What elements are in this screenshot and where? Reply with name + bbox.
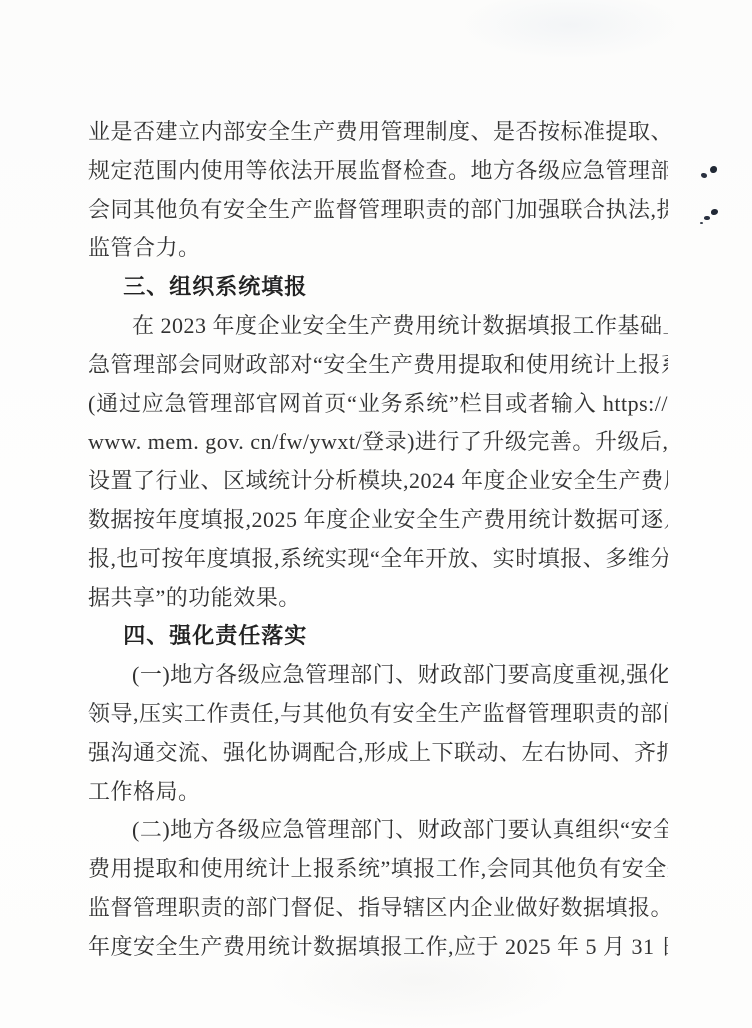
- text-line: 年度安全生产费用统计数据填报工作,应于 2025 年 5 月 31 日前: [88, 928, 668, 967]
- document-text-block: 业是否建立内部安全生产费用管理制度、是否按标准提取、是否在 规定范围内使用等依法…: [88, 113, 668, 967]
- text-line: 数据按年度填报,2025 年度企业安全生产费用统计数据可逐月填: [88, 501, 668, 540]
- text-line: 监督管理职责的部门督促、指导辖区内企业做好数据填报。2024: [88, 889, 668, 928]
- text-line: 会同其他负有安全生产监督管理职责的部门加强联合执法,提升: [88, 191, 668, 230]
- text-line: 在 2023 年度企业安全生产费用统计数据填报工作基础上,应: [88, 307, 668, 346]
- text-line: 报,也可按年度填报,系统实现“全年开放、实时填报、多维分析、数: [88, 540, 668, 579]
- text-line: 据共享”的功能效果。: [88, 579, 668, 618]
- text-line: 业是否建立内部安全生产费用管理制度、是否按标准提取、是否在: [88, 113, 668, 152]
- text-line: 急管理部会同财政部对“安全生产费用提取和使用统计上报系统”: [88, 346, 668, 385]
- ink-speck: [700, 222, 703, 224]
- ink-speck: [701, 173, 707, 178]
- text-line: 领导,压实工作责任,与其他负有安全生产监督管理职责的部门加: [88, 695, 668, 734]
- text-line: 强沟通交流、强化协调配合,形成上下联动、左右协同、齐抓共管的: [88, 734, 668, 773]
- text-line: www. mem. gov. cn/fw/ywxt/登录)进行了升级完善。升级后…: [88, 423, 668, 462]
- text-line: 监管合力。: [88, 229, 668, 268]
- text-line: 规定范围内使用等依法开展监督检查。地方各级应急管理部门应: [88, 152, 668, 191]
- text-line: 设置了行业、区域统计分析模块,2024 年度企业安全生产费用统计: [88, 462, 668, 501]
- ink-speck: [704, 216, 710, 220]
- ink-speck: [710, 166, 717, 173]
- text-line: (通过应急管理部官网首页“业务系统”栏目或者输入 https://: [88, 385, 668, 424]
- document-page: 业是否建立内部安全生产费用管理制度、是否按标准提取、是否在 规定范围内使用等依法…: [0, 0, 752, 1028]
- section-heading-3: 三、组织系统填报: [88, 268, 668, 307]
- section-heading-4: 四、强化责任落实: [88, 617, 668, 656]
- text-line: 费用提取和使用统计上报系统”填报工作,会同其他负有安全生产: [88, 850, 668, 889]
- text-line: (二)地方各级应急管理部门、财政部门要认真组织“安全生产: [88, 811, 668, 850]
- text-line: 工作格局。: [88, 773, 668, 812]
- text-line: (一)地方各级应急管理部门、财政部门要高度重视,强化组织: [88, 656, 668, 695]
- ink-speck: [711, 209, 718, 215]
